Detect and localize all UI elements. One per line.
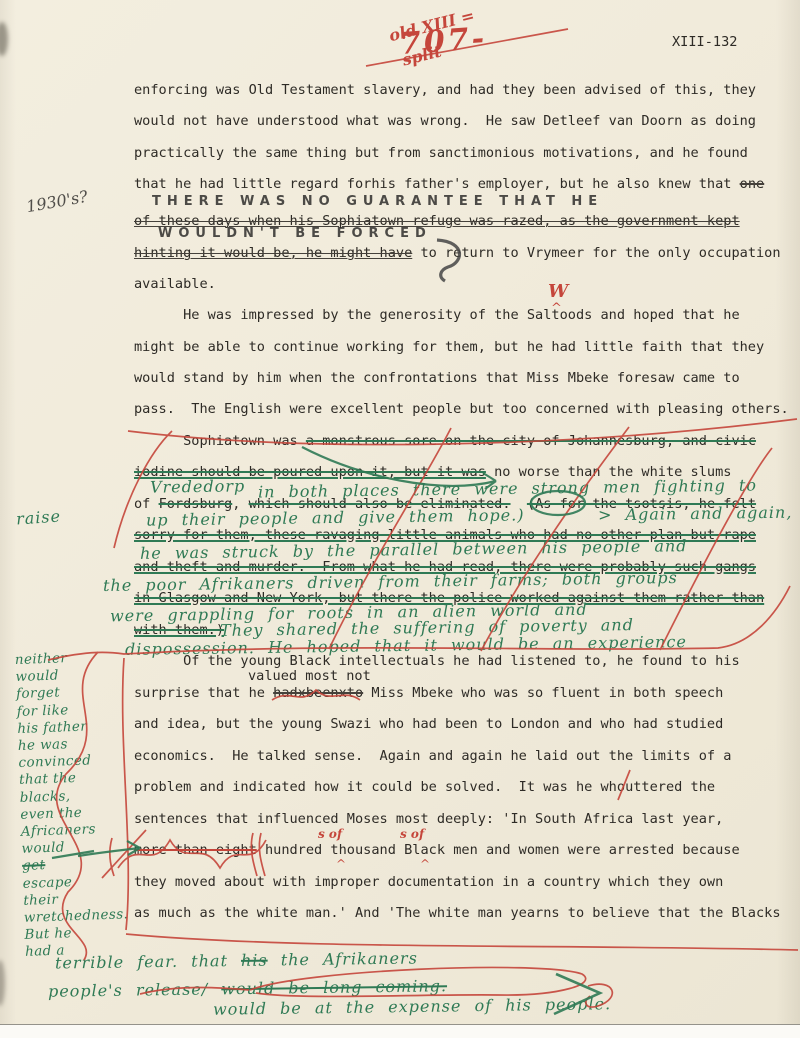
typed-line: hinting it would be, he might have to re… <box>134 245 781 261</box>
green-text: terrible fear. that <box>55 951 241 973</box>
typed-line: might be able to continue working for th… <box>134 339 764 355</box>
struck-text: a monstrous sore on the city of Johannes… <box>306 433 756 449</box>
typed-segment: hundred <box>257 842 322 858</box>
typed-segment: thousand <box>322 842 396 858</box>
typed-line: available. <box>134 276 216 292</box>
typed-segment: to return to Vrymeer for the only occupa… <box>412 245 780 261</box>
typed-line: pass. The English were excellent people … <box>134 401 789 417</box>
green-insert-vrededorp: Vrededorp <box>150 476 245 496</box>
typed-line: would not have understood what was wrong… <box>134 113 756 129</box>
struck-text: one <box>740 176 765 192</box>
struck-text-red: more than eight <box>134 842 257 858</box>
red-caret: ^ <box>420 857 430 871</box>
typed-line: surprise that he hadxbeenxto Miss Mbeke … <box>134 685 723 701</box>
struck-text: hinting it would be, he might have <box>134 245 412 261</box>
typed-line: and idea, but the young Swazi who had be… <box>134 716 723 732</box>
green-struck-text: his <box>241 951 268 970</box>
green-insert-line2b: > Again and again, <box>598 503 793 525</box>
scan-smudge <box>0 960 5 1006</box>
typed-line: He was impressed by the generosity of th… <box>134 307 740 323</box>
typed-line: problem and indicated how it could be so… <box>134 779 715 795</box>
pencil-date-note: 1930's? <box>25 187 89 216</box>
typed-segment: uttered the <box>625 779 715 795</box>
manuscript-page: old XIII = split 707- XIII-132 1930's? T… <box>0 0 800 1038</box>
typed-segment: problem and indicated how it could be so… <box>134 779 625 795</box>
red-letter-insert-w: W <box>548 281 568 302</box>
struck-text: of these days when his Sophiatown refuge… <box>134 213 740 229</box>
red-page-number: 707- <box>399 21 488 62</box>
red-insert-s-of-1: s of <box>318 827 342 841</box>
red-insert-s-of-2: s of <box>400 827 424 841</box>
typed-line: would stand by him when the confrontatio… <box>134 370 740 386</box>
typed-interlinear-insert: valued most not <box>248 668 371 684</box>
typed-segment: surprise that he <box>134 685 273 701</box>
page-number-label: XIII-132 <box>672 34 737 50</box>
red-box-bottom-line <box>126 934 798 950</box>
green-insert-line2a: up their people and give them hope.) <box>146 505 525 529</box>
green-bottom-line3: would be at the expense of his people. <box>213 994 611 1019</box>
typed-line: practically the same thing but from sanc… <box>134 145 748 161</box>
pencil-insertion-line1: THERE WAS NO GUARANTEE THAT HE <box>152 194 603 209</box>
red-caret: ^ <box>336 857 346 871</box>
typed-segment: Miss Mbeke who was so fluent in both spe… <box>363 685 723 701</box>
green-text: the Afrikaners <box>268 948 418 969</box>
typed-segment: Black men and women were arrested becaus… <box>396 842 740 858</box>
struck-text: hadxbeenxto <box>273 685 363 701</box>
typed-line: economics. He talked sense. Again and ag… <box>134 748 731 764</box>
green-insert-raise: raise <box>15 506 61 528</box>
typed-line: that he had little regard forhis father'… <box>134 176 764 192</box>
green-struck-text: would be long coming. <box>221 976 447 998</box>
green-margin-note-column: neither would forget for like his father… <box>15 648 136 961</box>
green-bottom-line1: terrible fear. that his the Afrikaners <box>55 948 418 972</box>
scan-smudge <box>0 22 8 56</box>
typed-line: more than eight hundred thousand Black m… <box>134 842 740 858</box>
typed-line: Sophiatown was a monstrous sore on the c… <box>134 433 756 449</box>
scan-bottom-edge <box>0 1024 800 1038</box>
red-caret: ^ <box>551 301 562 316</box>
typed-line: they moved about with improper documenta… <box>134 874 723 890</box>
typed-segment: that he had little regard forhis father'… <box>134 176 740 192</box>
typed-line: of these days when his Sophiatown refuge… <box>134 213 740 229</box>
typed-line: enforcing was Old Testament slavery, and… <box>134 82 756 98</box>
typed-line: sentences that influenced Moses most dee… <box>134 811 723 827</box>
green-text: people's release/ <box>48 979 222 1000</box>
typed-segment: Sophiatown was <box>134 433 306 449</box>
typed-line: as much as the white man.' And 'The whit… <box>134 905 781 921</box>
